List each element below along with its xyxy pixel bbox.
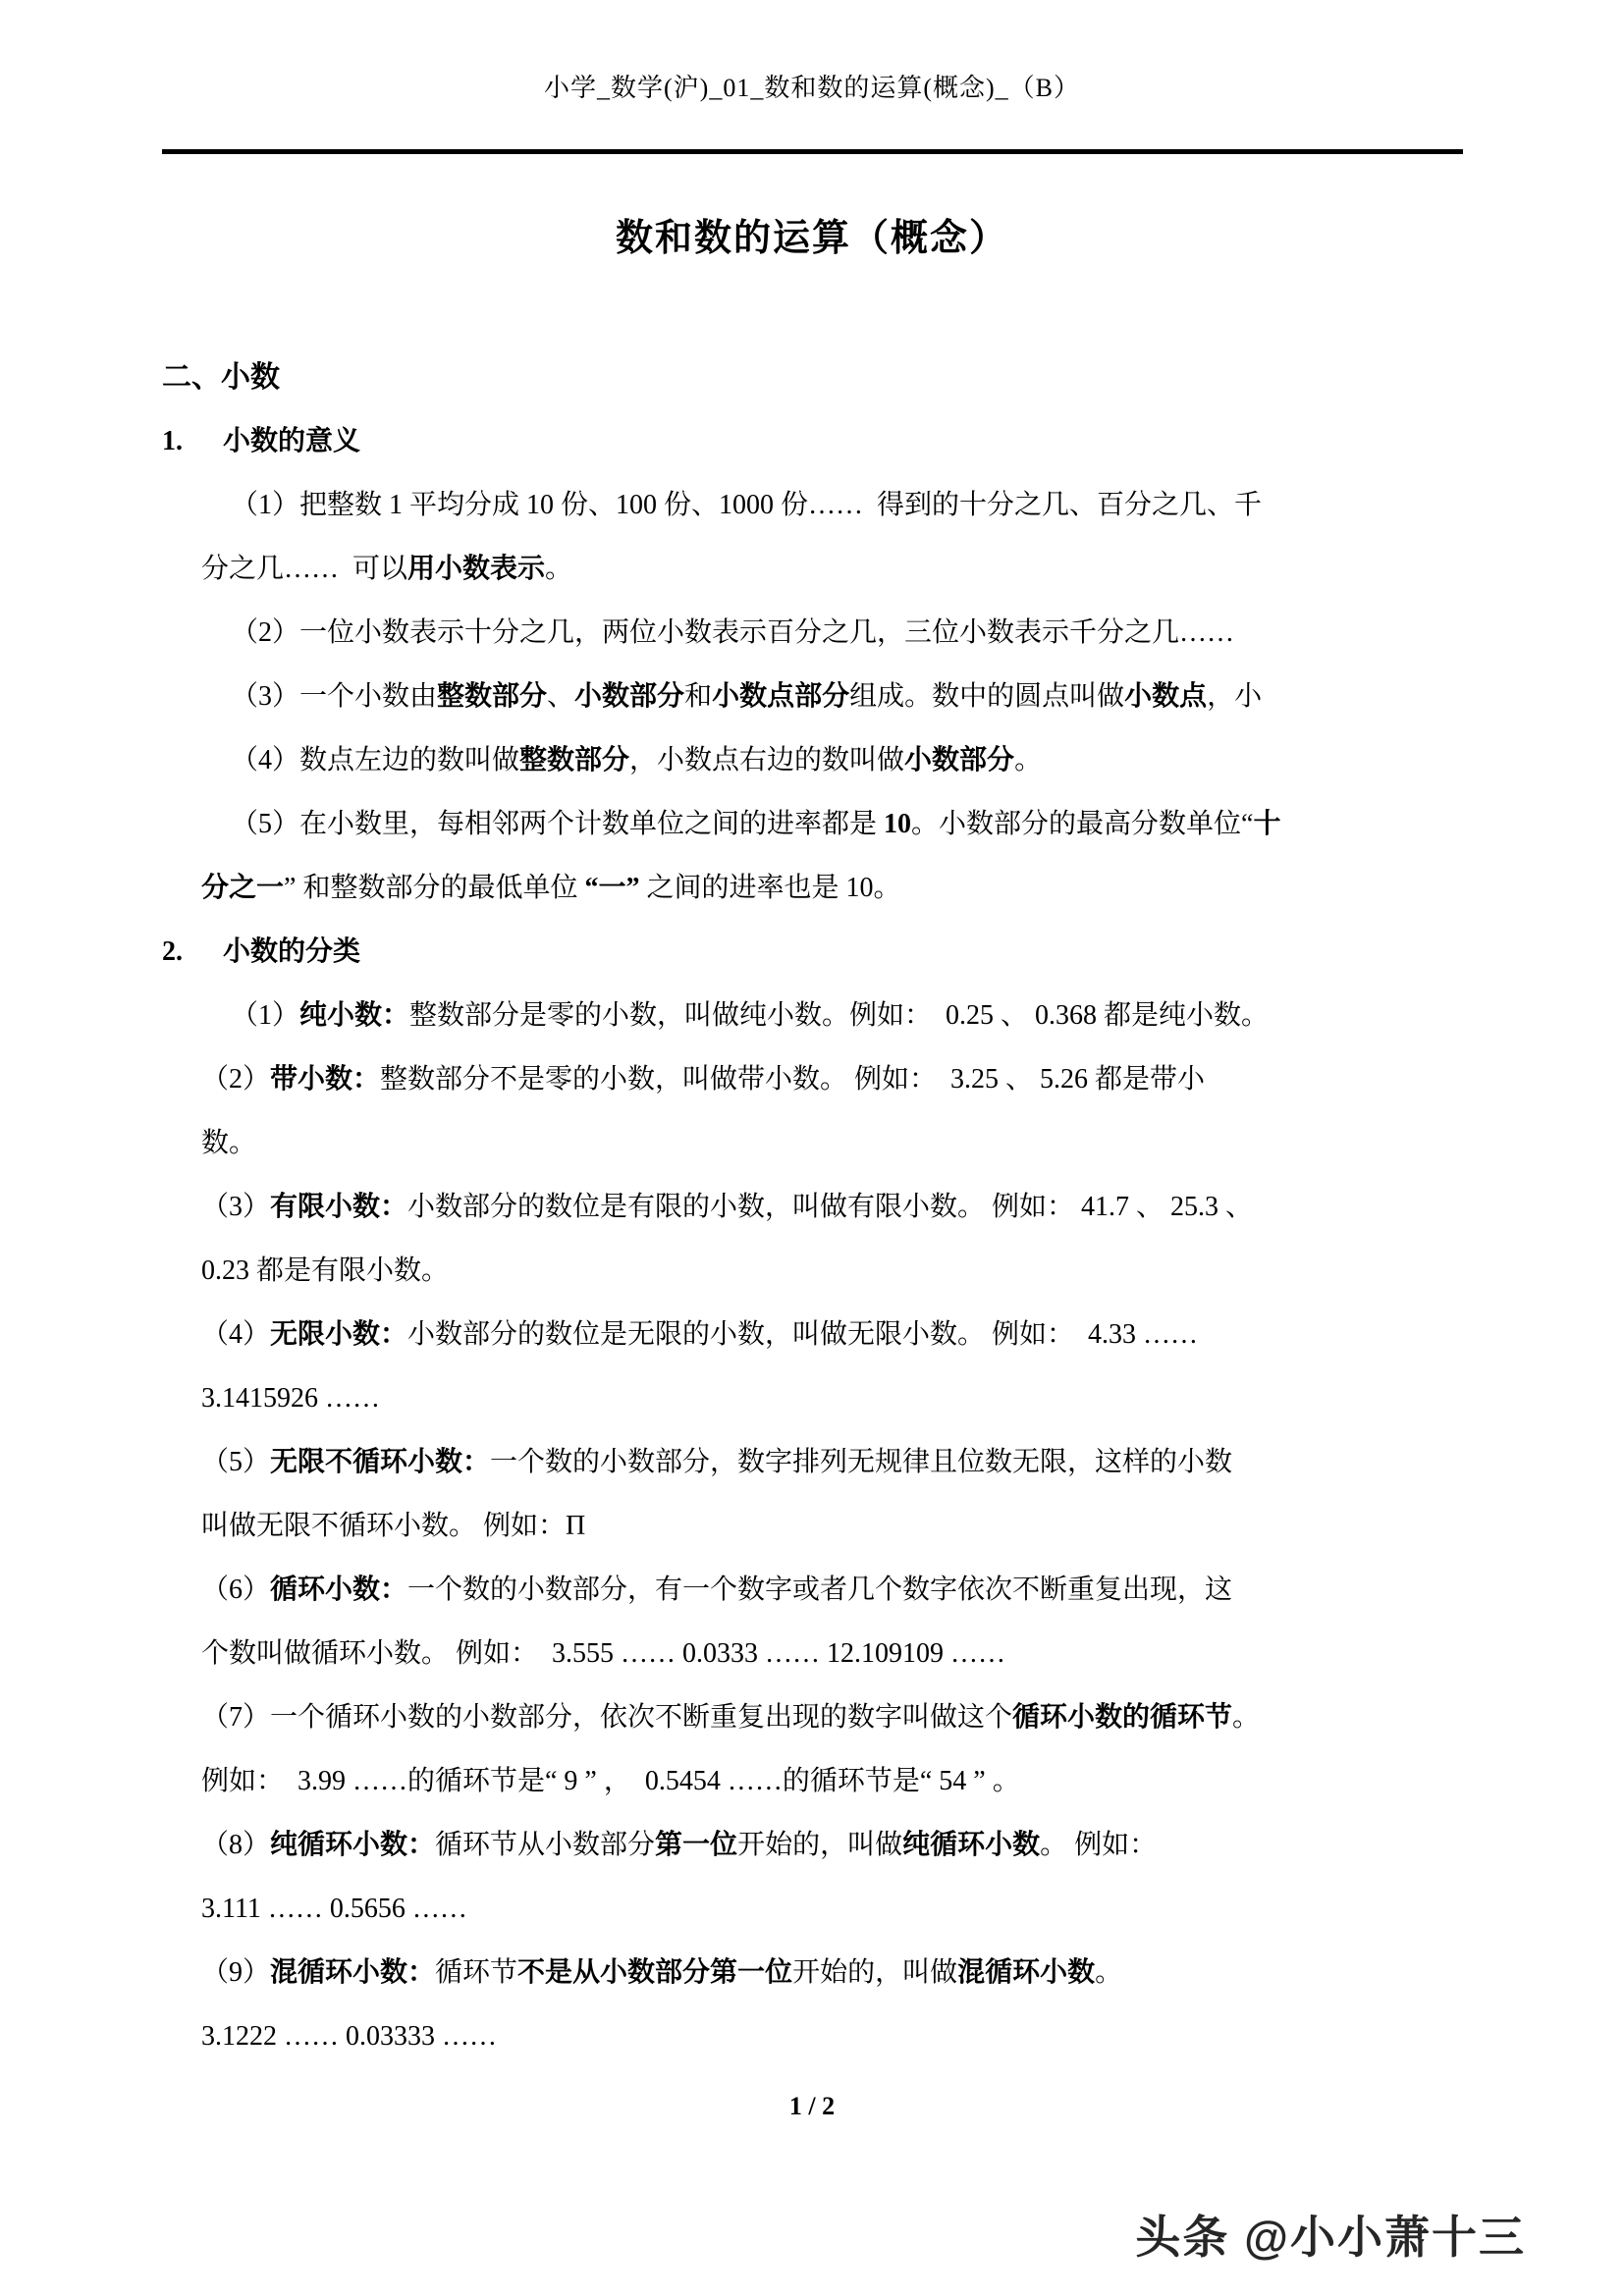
text-run: （4）数点左边的数叫做	[231, 745, 519, 775]
page-header: 小学_数学(沪)_01_数和数的运算(概念)_（B）	[0, 0, 1624, 104]
text-run: 和	[684, 681, 712, 712]
text-run: （8）	[201, 1830, 270, 1860]
text-run: （2）	[201, 1064, 270, 1095]
document-body: 二、小数 1.小数的意义 （1）把整数 1 平均分成 10 份、100 份、10…	[162, 346, 1463, 2068]
text-run: （7）一个循环小数的小数部分，依次不断重复出现的数字叫做这个	[201, 1702, 1012, 1733]
paragraph: （9）混循环小数：循环节不是从小数部分第一位开始的，叫做混循环小数。 3.122…	[162, 1941, 1463, 2068]
paragraph: （7）一个循环小数的小数部分，依次不断重复出现的数字叫做这个循环小数的循环节。 …	[162, 1685, 1463, 1813]
list-heading-2: 2.小数的分类	[162, 920, 1463, 984]
header-course-label: 小学_数学(沪)_01_数和数的运算(概念)_（B）	[544, 74, 1080, 102]
bold-text-run: 混循环小数：	[270, 1957, 435, 1988]
text-run: 组成。数中的圆点叫做	[849, 681, 1124, 712]
bold-text-run: 整数部分	[519, 745, 629, 775]
paragraph: （4）数点左边的数叫做整数部分，小数点右边的数叫做小数部分。	[162, 728, 1463, 792]
paragraph: （5）在小数里，每相邻两个计数单位之间的进率都是 10。小数部分的最高分数单位“…	[162, 792, 1463, 920]
bold-text-run: 纯循环小数：	[270, 1830, 435, 1860]
text-run: （1）把整数 1 平均分成 10 份、100 份、1000 份…… 得到的十分之…	[201, 490, 1262, 584]
text-run: 。	[1014, 745, 1042, 775]
text-run: （3）	[201, 1192, 270, 1222]
text-run: （5）在小数里，每相邻两个计数单位之间的进率都是	[231, 809, 884, 839]
paragraph: （1）把整数 1 平均分成 10 份、100 份、1000 份…… 得到的十分之…	[162, 473, 1463, 601]
text-run: 循环节从小数部分	[435, 1830, 655, 1860]
text-run: 。	[545, 554, 572, 584]
bold-text-run: 循环小数的循环节	[1012, 1702, 1232, 1733]
bold-text-run: 循环小数：	[270, 1575, 407, 1605]
bold-text-run: 无限不循环小数：	[270, 1447, 490, 1477]
document-title: 数和数的运算（概念）	[0, 215, 1624, 262]
bold-text-run: 纯小数：	[299, 1000, 409, 1031]
paragraph: （6）循环小数：一个数的小数部分，有一个数字或者几个数字依次不断重复出现，这 个…	[162, 1558, 1463, 1685]
bold-text-run: 带小数：	[270, 1064, 380, 1095]
list-number-2: 2.	[162, 920, 223, 984]
bold-text-run: 整数部分	[437, 681, 547, 712]
page-number: 1 / 2	[0, 2074, 1624, 2138]
text-run: 循环节	[435, 1957, 517, 1988]
text-run: 之间的进率也是 10。	[639, 873, 900, 903]
bold-text-run: 用小数表示	[407, 554, 545, 584]
section-2-items: （1）纯小数：整数部分是零的小数，叫做纯小数。例如： 0.25 、 0.368 …	[162, 984, 1463, 2068]
paragraph: （3）一个小数由整数部分、小数部分和小数点部分组成。数中的圆点叫做小数点，小	[162, 665, 1463, 728]
bold-text-run: 混循环小数	[957, 1957, 1095, 1988]
bold-text-run: 不是从小数部分第一位	[517, 1957, 792, 1988]
text-run: （9）	[201, 1957, 270, 1988]
paragraph: （4）无限小数：小数部分的数位是无限的小数，叫做无限小数。 例如： 4.33 ……	[162, 1303, 1463, 1430]
bold-text-run: 小数点部分	[712, 681, 849, 712]
text-run: （6）	[201, 1575, 270, 1605]
text-run: 、	[547, 681, 574, 712]
header-rule	[162, 149, 1463, 154]
bold-text-run: 无限小数：	[270, 1319, 407, 1350]
bold-text-run: 纯循环小数	[902, 1830, 1040, 1860]
list-number-1: 1.	[162, 409, 223, 473]
bold-text-run: 小数部分	[574, 681, 684, 712]
text-run: 。小数部分的最高分数单位“	[911, 809, 1253, 839]
list-heading-1: 1.小数的意义	[162, 409, 1463, 473]
paragraph: （5）无限不循环小数：一个数的小数部分，数字排列无规律且位数无限，这样的小数 叫…	[162, 1430, 1463, 1558]
bold-text-run: “一”	[584, 873, 639, 903]
text-run: （4）	[201, 1319, 270, 1350]
text-run: （2）一位小数表示十分之几，两位小数表示百分之几，三位小数表示千分之几……	[231, 617, 1234, 648]
section-1-items: （1）把整数 1 平均分成 10 份、100 份、1000 份…… 得到的十分之…	[162, 473, 1463, 920]
text-run: 开始的，叫做	[792, 1957, 957, 1988]
list-title-2: 小数的分类	[223, 936, 360, 967]
text-run: ” 和整数部分的最低单位	[284, 873, 584, 903]
bold-text-run: 小数部分	[904, 745, 1014, 775]
paragraph: （2）一位小数表示十分之几，两位小数表示百分之几，三位小数表示千分之几……	[162, 601, 1463, 665]
section-heading: 二、小数	[162, 346, 1463, 409]
bold-text-run: 第一位	[655, 1830, 737, 1860]
paragraph: （1）纯小数：整数部分是零的小数，叫做纯小数。例如： 0.25 、 0.368 …	[162, 984, 1463, 1047]
list-title-1: 小数的意义	[223, 426, 360, 456]
bold-text-run: 10	[884, 809, 911, 839]
paragraph: （2）带小数：整数部分不是零的小数，叫做带小数。 例如： 3.25 、 5.26…	[162, 1047, 1463, 1175]
text-run: （3）一个小数由	[231, 681, 437, 712]
paragraph: （3）有限小数：小数部分的数位是有限的小数，叫做有限小数。 例如： 41.7 、…	[162, 1175, 1463, 1303]
paragraph: （8）纯循环小数：循环节从小数部分第一位开始的，叫做纯循环小数。 例如： 3.1…	[162, 1813, 1463, 1941]
text-run: 整数部分是零的小数，叫做纯小数。例如： 0.25 、 0.368 都是纯小数。	[409, 1000, 1269, 1031]
text-run: ，小数点右边的数叫做	[629, 745, 904, 775]
bold-text-run: 小数点	[1124, 681, 1207, 712]
text-run: （5）	[201, 1447, 270, 1477]
text-run: （1）	[231, 1000, 299, 1031]
text-run: ，小	[1207, 681, 1262, 712]
watermark: 头条 @小小萧十三	[1135, 2202, 1526, 2267]
document-page: 小学_数学(沪)_01_数和数的运算(概念)_（B） 数和数的运算（概念） 二、…	[0, 0, 1624, 2296]
bold-text-run: 有限小数：	[270, 1192, 407, 1222]
text-run: 开始的，叫做	[737, 1830, 902, 1860]
